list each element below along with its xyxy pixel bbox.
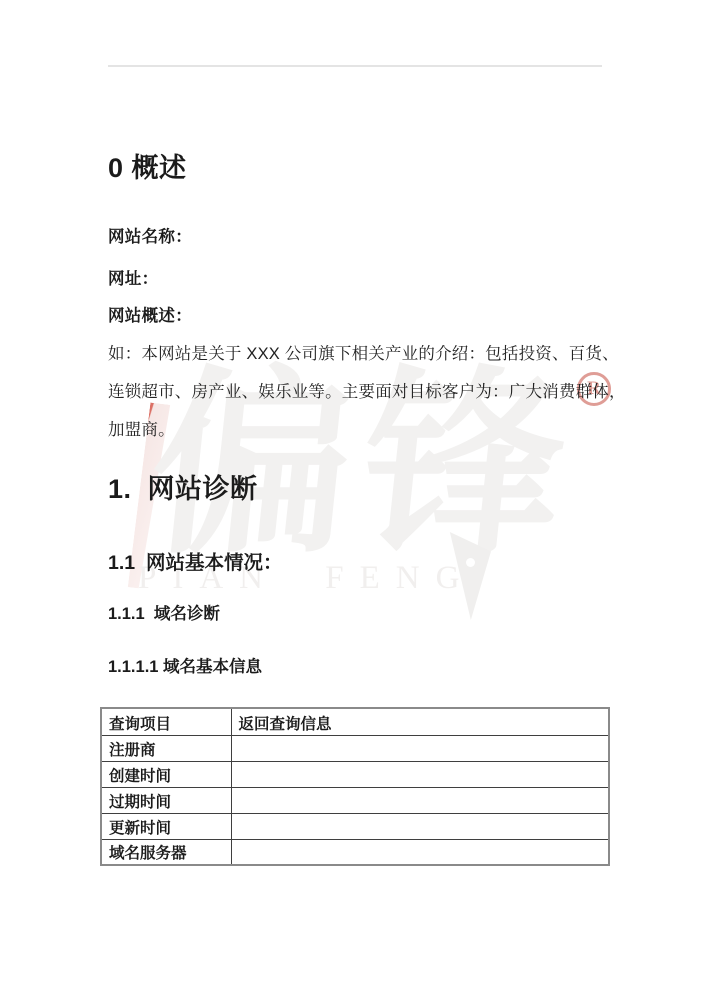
- heading-domain-basic-info: 1.1.1.1 域名基本信息: [108, 657, 262, 677]
- table-cell-label: 过期时间: [101, 787, 231, 813]
- table-row: 注册商: [101, 735, 609, 761]
- overview-paragraph: 如：本网站是关于 XXX 公司旗下相关产业的介绍：包括投资、百货、 连锁超市、房…: [108, 335, 618, 449]
- table-cell-value: [231, 735, 609, 761]
- table-cell-value: [231, 839, 609, 865]
- heading-domain-diagnosis: 1.1.1 域名诊断: [108, 604, 220, 624]
- paragraph-line: 加盟商。: [108, 411, 618, 449]
- paragraph-line: 连锁超市、房产业、娱乐业等。主要面对目标客户为：广大消费群体，: [108, 373, 618, 411]
- domain-info-table: 查询项目 返回查询信息 注册商 创建时间 过期时间 更新时间 域名服务器: [100, 707, 610, 866]
- field-label-site-summary: 网站概述：: [108, 306, 192, 326]
- heading-site-diagnosis: 1. 网站诊断: [108, 473, 258, 505]
- table-cell-label: 注册商: [101, 735, 231, 761]
- table-row: 创建时间: [101, 761, 609, 787]
- field-label-site-url: 网址：: [108, 269, 158, 289]
- document-content: 0 概述 网站名称： 网址： 网站概述： 如：本网站是关于 XXX 公司旗下相关…: [0, 0, 707, 1000]
- table-cell-label: 域名服务器: [101, 839, 231, 865]
- document-page: 偏锋 PIAN FENG R 0 概述 网站名称： 网址： 网站概述： 如：本网…: [0, 0, 707, 1000]
- table-row: 过期时间: [101, 787, 609, 813]
- heading-site-basic-info: 1.1 网站基本情况：: [108, 551, 282, 575]
- table-row: 域名服务器: [101, 839, 609, 865]
- paragraph-line: 如：本网站是关于 XXX 公司旗下相关产业的介绍：包括投资、百货、: [108, 335, 618, 373]
- table-cell-value: [231, 761, 609, 787]
- table-header-query-result: 返回查询信息: [231, 708, 609, 735]
- table-cell-label: 更新时间: [101, 813, 231, 839]
- heading-overview: 0 概述: [108, 152, 187, 184]
- header-divider: [108, 65, 602, 67]
- table-cell-label: 创建时间: [101, 761, 231, 787]
- table-cell-value: [231, 787, 609, 813]
- table-row: 更新时间: [101, 813, 609, 839]
- table-header-query-item: 查询项目: [101, 708, 231, 735]
- table-header-row: 查询项目 返回查询信息: [101, 708, 609, 735]
- table-cell-value: [231, 813, 609, 839]
- field-label-site-name: 网站名称：: [108, 227, 192, 247]
